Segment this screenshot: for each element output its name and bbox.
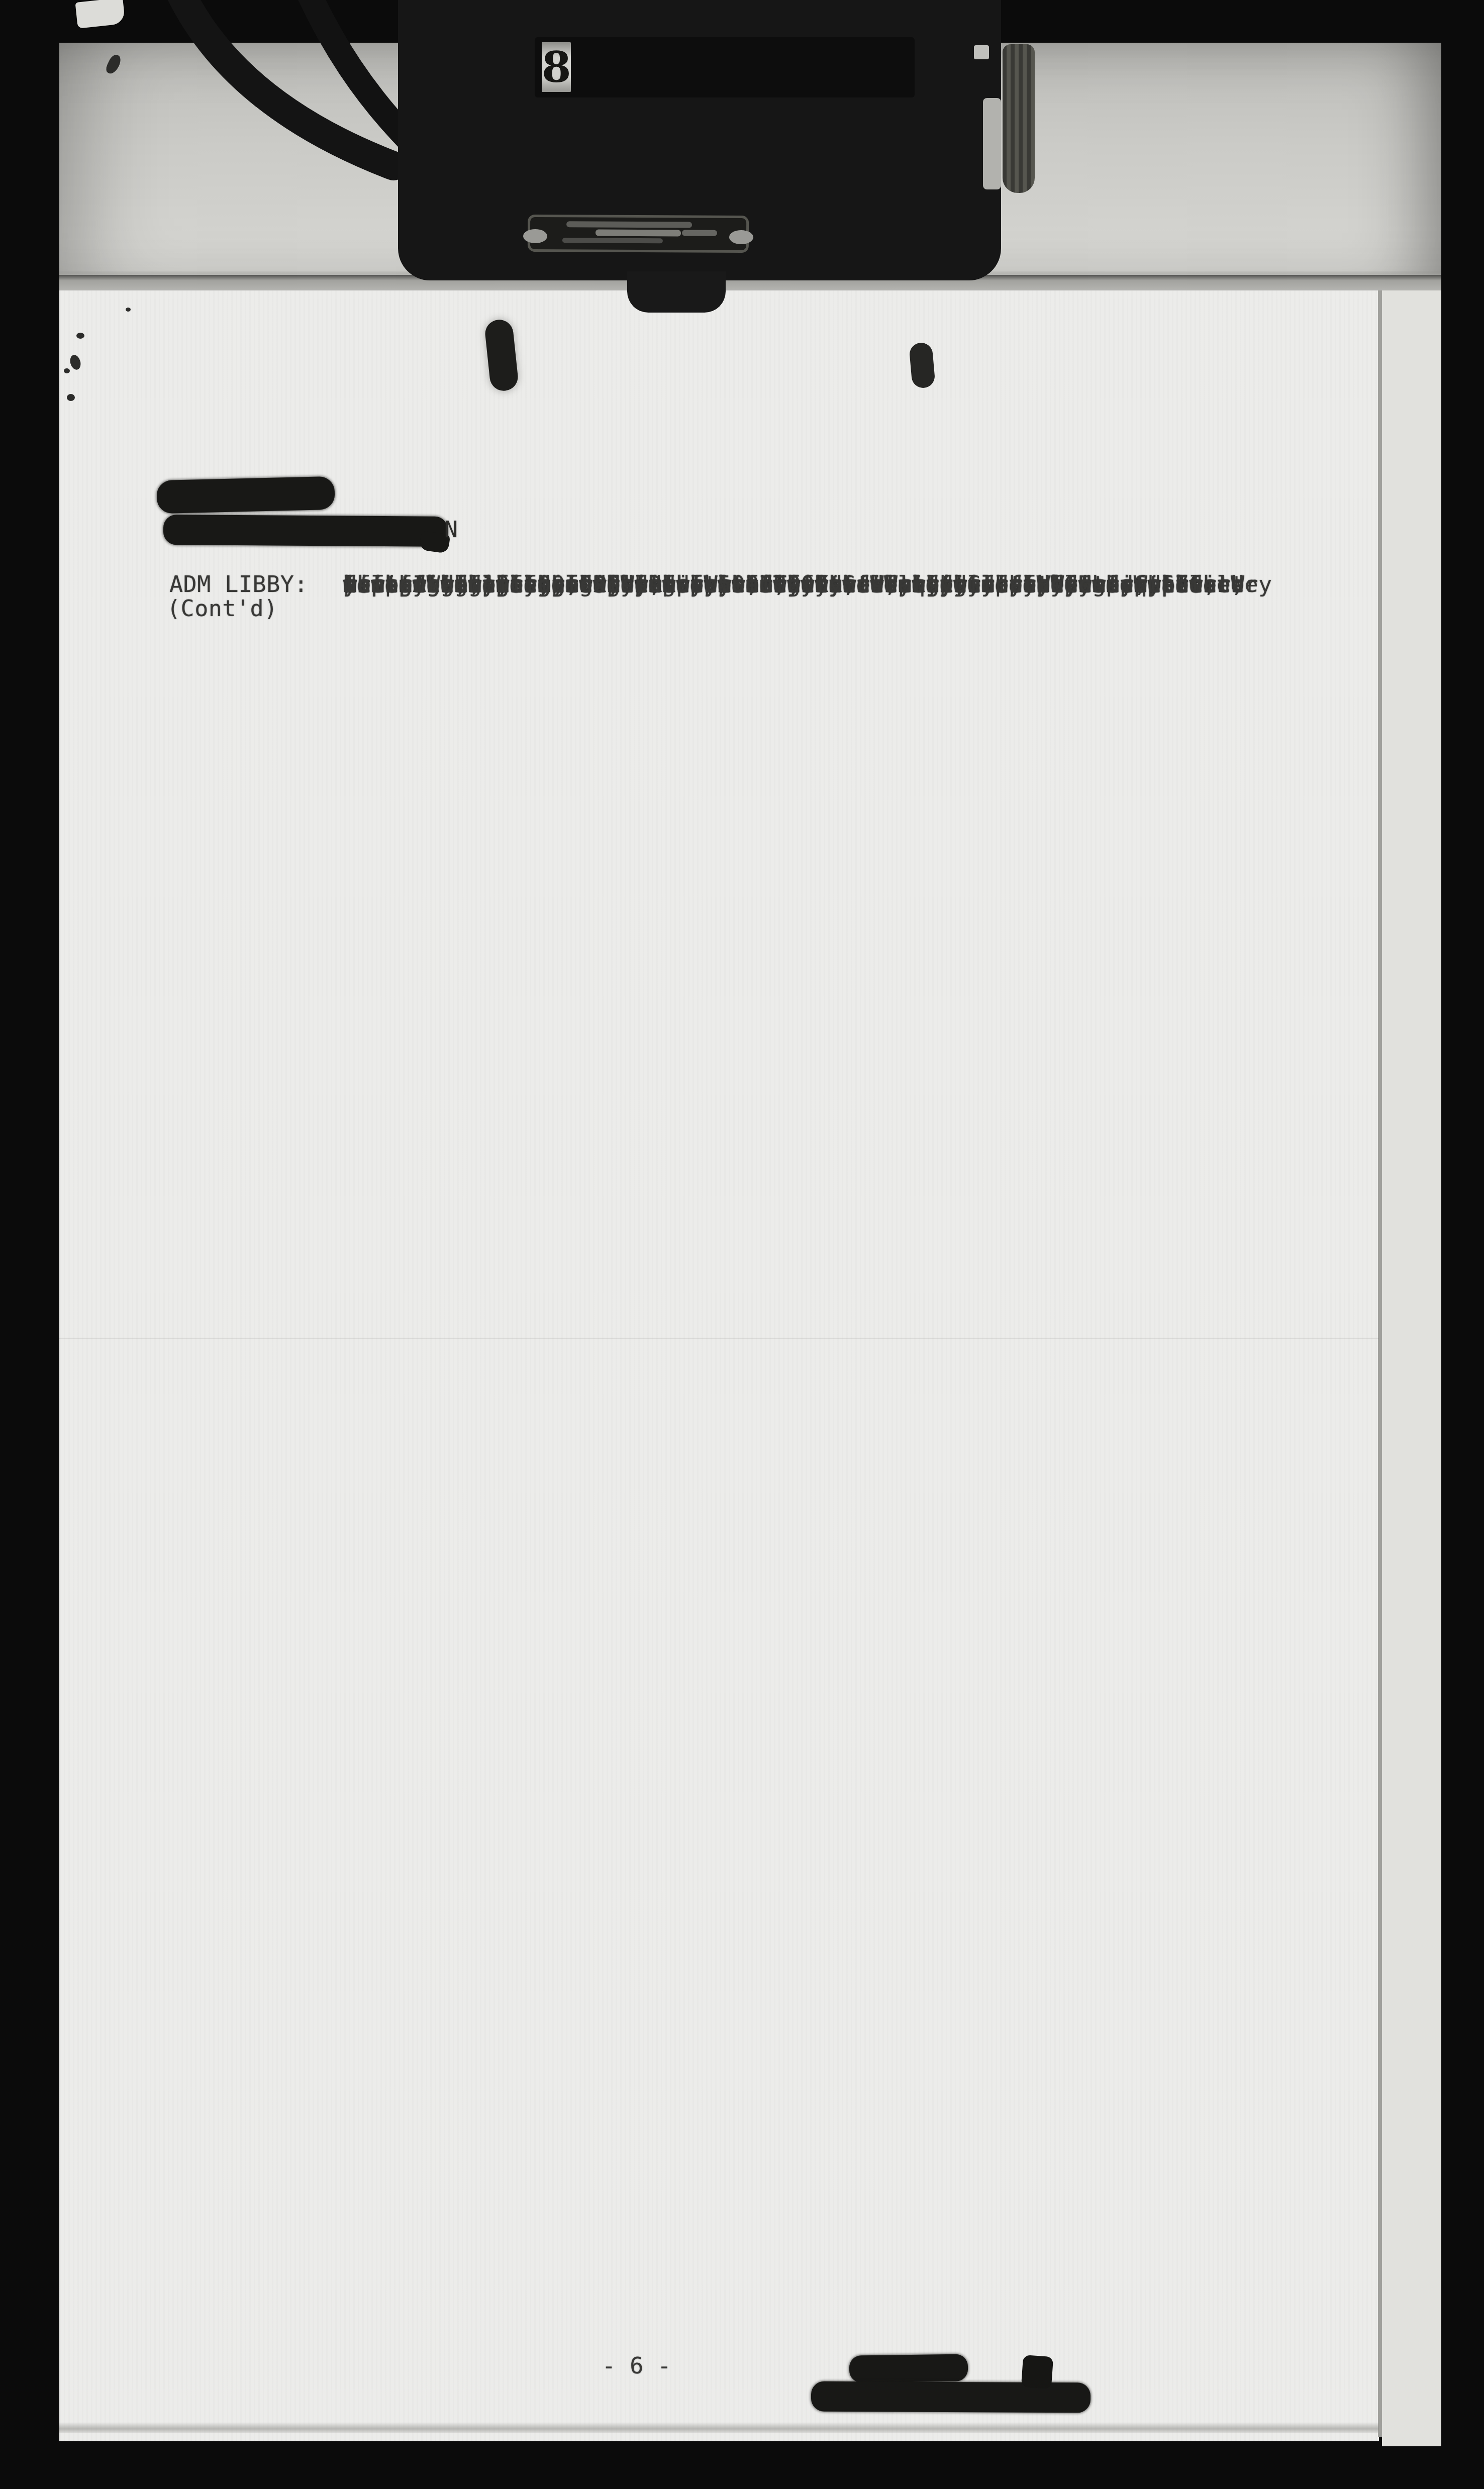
ink-speck [126,308,131,312]
redaction-bar-hook [1021,2355,1053,2389]
reset-knob [1003,44,1035,193]
speaker-contd-label: (Cont'd) [167,595,278,622]
page-number: - 6 - [602,2353,671,2379]
redaction-bar [849,2354,968,2382]
ink-speck [67,394,75,401]
paper-crease [59,1338,1379,1339]
uncovered-character: N [444,517,458,543]
nameplate-text-blur [682,230,717,236]
nameplate-text-blur [596,230,681,237]
page-right-edge [1378,290,1382,2437]
device-cables [59,0,441,216]
nameplate-screw [523,229,547,243]
nameplate-screw [729,230,753,244]
counter-wheel-edges [542,94,908,106]
page-bottom-shadow [59,2422,1379,2433]
knob-notch [974,45,989,59]
typed-line: that is an illogical number. [343,571,732,627]
knob-gap [983,98,1001,189]
adjacent-page-strip [1382,290,1441,2446]
speaker-label: ADM LIBBY: [169,571,308,598]
redaction-bar [163,515,448,547]
punch-hole-right [909,342,936,389]
nameplate-text-blur [562,238,663,243]
device-nameplate [528,215,749,253]
counter-digits: 000238 [542,42,908,90]
nameplate-text-blur [566,221,692,228]
counter-mount-tab [627,271,726,313]
scanned-page: 000238 N ADM LIBBY: (Cont'd) as of the 1… [0,0,1484,2489]
ink-speck [76,333,84,339]
ink-speck [64,368,70,373]
redaction-bar [156,476,335,514]
counter-digit: 8 [542,42,571,92]
